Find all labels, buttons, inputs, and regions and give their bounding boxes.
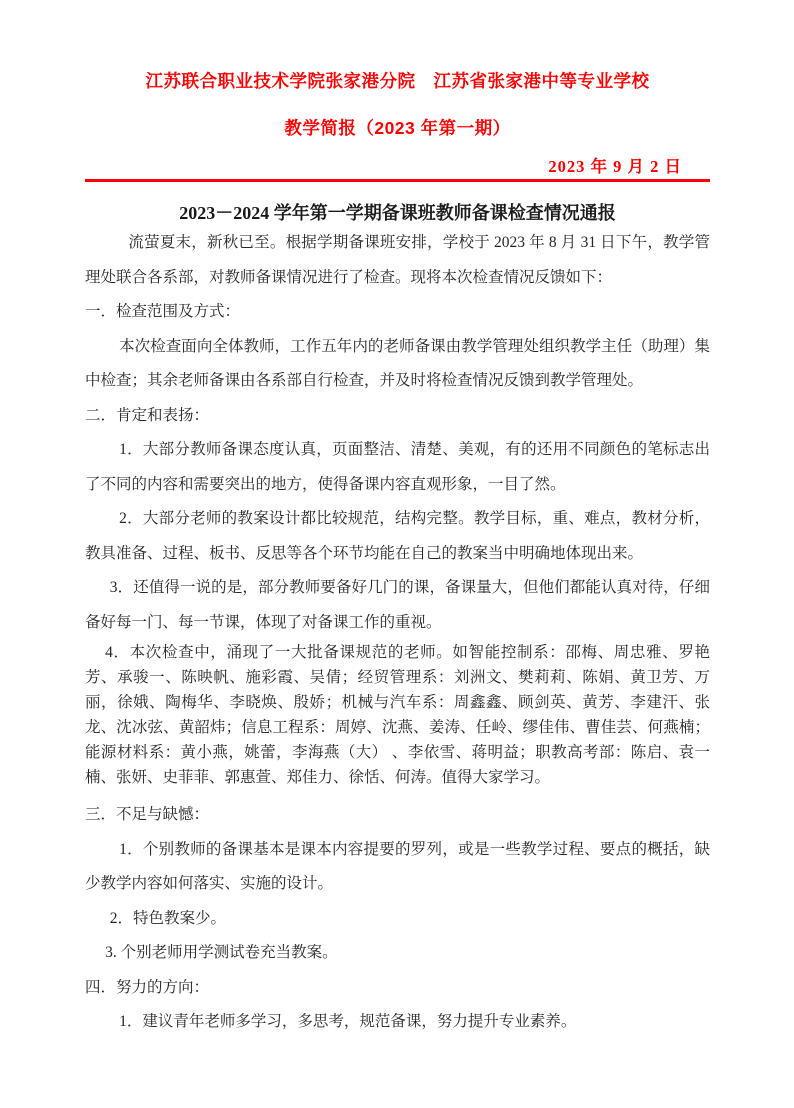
document-body: 流萤夏末，新秋已至。根据学期备课班安排，学校于 2023 年 8 月 31 日下… bbox=[85, 226, 710, 1040]
body-paragraph: 流萤夏末，新秋已至。根据学期备课班安排，学校于 2023 年 8 月 31 日下… bbox=[85, 226, 710, 295]
issue-date: 2023 年 9 月 2 日 bbox=[85, 156, 710, 177]
section-heading: 一．检查范围及方式： bbox=[85, 295, 710, 330]
section-heading: 四．努力的方向： bbox=[85, 971, 710, 1006]
section-heading: 二．肯定和表扬： bbox=[85, 399, 710, 434]
body-paragraph: 本次检查面向全体教师，工作五年内的老师备课由教学管理处组织教学主任（助理）集中检… bbox=[85, 330, 710, 399]
body-paragraph: 3. 个别老师用学测试卷充当教案。 bbox=[85, 936, 710, 971]
body-paragraph: 2．大部分老师的教案设计都比较规范，结构完整。教学目标，重、难点，教材分析，教具… bbox=[85, 502, 710, 571]
body-paragraph: 1．建议青年老师多学习，多思考，规范备课，努力提升专业素养。 bbox=[85, 1005, 710, 1040]
body-paragraph: 4．本次检查中，涌现了一大批备课规范的老师。如智能控制系：邵梅、周忠雅、罗艳芳、… bbox=[85, 640, 710, 790]
org-title: 江苏联合职业技术学院张家港分院 江苏省张家港中等专业学校 bbox=[85, 70, 710, 93]
document-page: 江苏联合职业技术学院张家港分院 江苏省张家港中等专业学校 教学简报（2023 年… bbox=[0, 0, 794, 1108]
document-title: 2023－2024 学年第一学期备课班教师备课检查情况通报 bbox=[85, 201, 710, 225]
section-heading: 三．不足与缺憾： bbox=[85, 798, 710, 833]
body-paragraph: 1．个别教师的备课基本是课本内容提要的罗列，或是一些教学过程、要点的概括，缺少教… bbox=[85, 833, 710, 902]
header-divider bbox=[85, 179, 710, 182]
body-paragraph: 1．大部分教师备课态度认真，页面整洁、清楚、美观，有的还用不同颜色的笔标志出了不… bbox=[85, 433, 710, 502]
bulletin-title: 教学简报（2023 年第一期） bbox=[85, 117, 710, 140]
body-paragraph: 3．还值得一说的是，部分教师要备好几门的课，备课量大，但他们都能认真对待，仔细备… bbox=[85, 571, 710, 640]
body-paragraph: 2．特色教案少。 bbox=[85, 902, 710, 937]
